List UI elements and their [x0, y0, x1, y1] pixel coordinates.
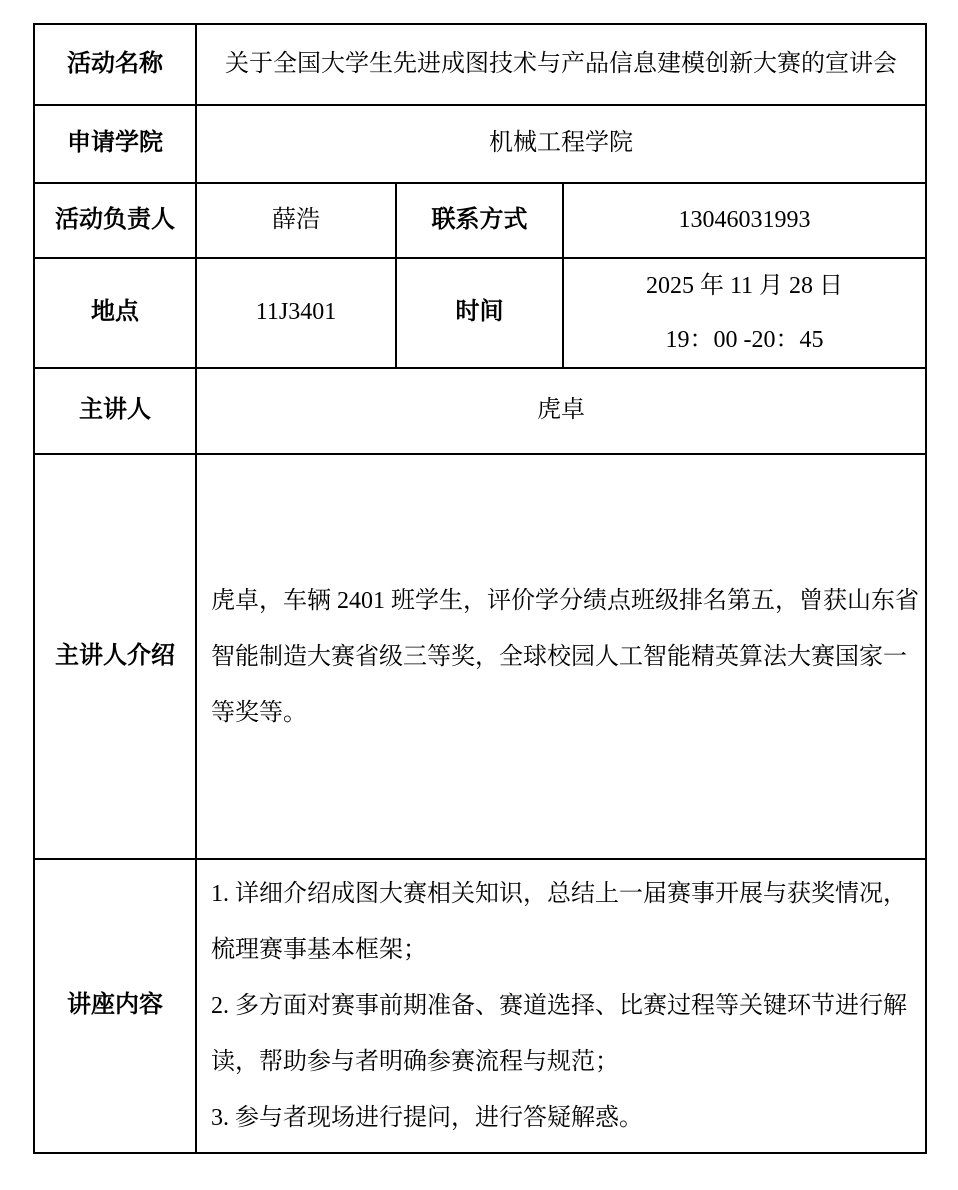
lecture-content-value: 1. 详细介绍成图大赛相关知识，总结上一届赛事开展与获奖情况，梳理赛事基本框架；… — [196, 859, 926, 1153]
leader-value: 薛浩 — [196, 183, 396, 258]
lecture-content-item-1: 1. 详细介绍成图大赛相关知识，总结上一届赛事开展与获奖情况，梳理赛事基本框架； — [211, 866, 919, 978]
time-value: 2025 年 11 月 28 日 19：00 -20：45 — [563, 258, 926, 368]
location-label: 地点 — [34, 258, 196, 368]
speaker-label: 主讲人 — [34, 368, 196, 454]
row-location-time: 地点 11J3401 时间 2025 年 11 月 28 日 19：00 -20… — [34, 258, 926, 368]
college-value: 机械工程学院 — [196, 105, 926, 183]
contact-value: 13046031993 — [563, 183, 926, 258]
contact-label: 联系方式 — [396, 183, 563, 258]
row-speaker-intro: 主讲人介绍 虎卓，车辆 2401 班学生，评价学分绩点班级排名第五，曾获山东省智… — [34, 454, 926, 859]
time-date: 2025 年 11 月 28 日 — [564, 259, 925, 313]
row-college: 申请学院 机械工程学院 — [34, 105, 926, 183]
row-activity-name: 活动名称 关于全国大学生先进成图技术与产品信息建模创新大赛的宣讲会 — [34, 24, 926, 105]
time-range: 19：00 -20：45 — [564, 313, 925, 367]
activity-name-value: 关于全国大学生先进成图技术与产品信息建模创新大赛的宣讲会 — [196, 24, 926, 105]
event-application-table: 活动名称 关于全国大学生先进成图技术与产品信息建模创新大赛的宣讲会 申请学院 机… — [33, 23, 927, 1154]
time-label: 时间 — [396, 258, 563, 368]
location-value: 11J3401 — [196, 258, 396, 368]
speaker-intro-label: 主讲人介绍 — [34, 454, 196, 859]
activity-name-label: 活动名称 — [34, 24, 196, 105]
college-label: 申请学院 — [34, 105, 196, 183]
row-speaker: 主讲人 虎卓 — [34, 368, 926, 454]
speaker-intro-paragraph: 虎卓，车辆 2401 班学生，评价学分绩点班级排名第五，曾获山东省智能制造大赛省… — [211, 573, 919, 741]
lecture-content-item-3: 3. 参与者现场进行提问，进行答疑解惑。 — [211, 1090, 919, 1146]
lecture-content-item-2: 2. 多方面对赛事前期准备、赛道选择、比赛过程等关键环节进行解读，帮助参与者明确… — [211, 978, 919, 1090]
lecture-content-label: 讲座内容 — [34, 859, 196, 1153]
leader-label: 活动负责人 — [34, 183, 196, 258]
speaker-intro-value: 虎卓，车辆 2401 班学生，评价学分绩点班级排名第五，曾获山东省智能制造大赛省… — [196, 454, 926, 859]
speaker-value: 虎卓 — [196, 368, 926, 454]
row-leader-contact: 活动负责人 薛浩 联系方式 13046031993 — [34, 183, 926, 258]
row-lecture-content: 讲座内容 1. 详细介绍成图大赛相关知识，总结上一届赛事开展与获奖情况，梳理赛事… — [34, 859, 926, 1153]
